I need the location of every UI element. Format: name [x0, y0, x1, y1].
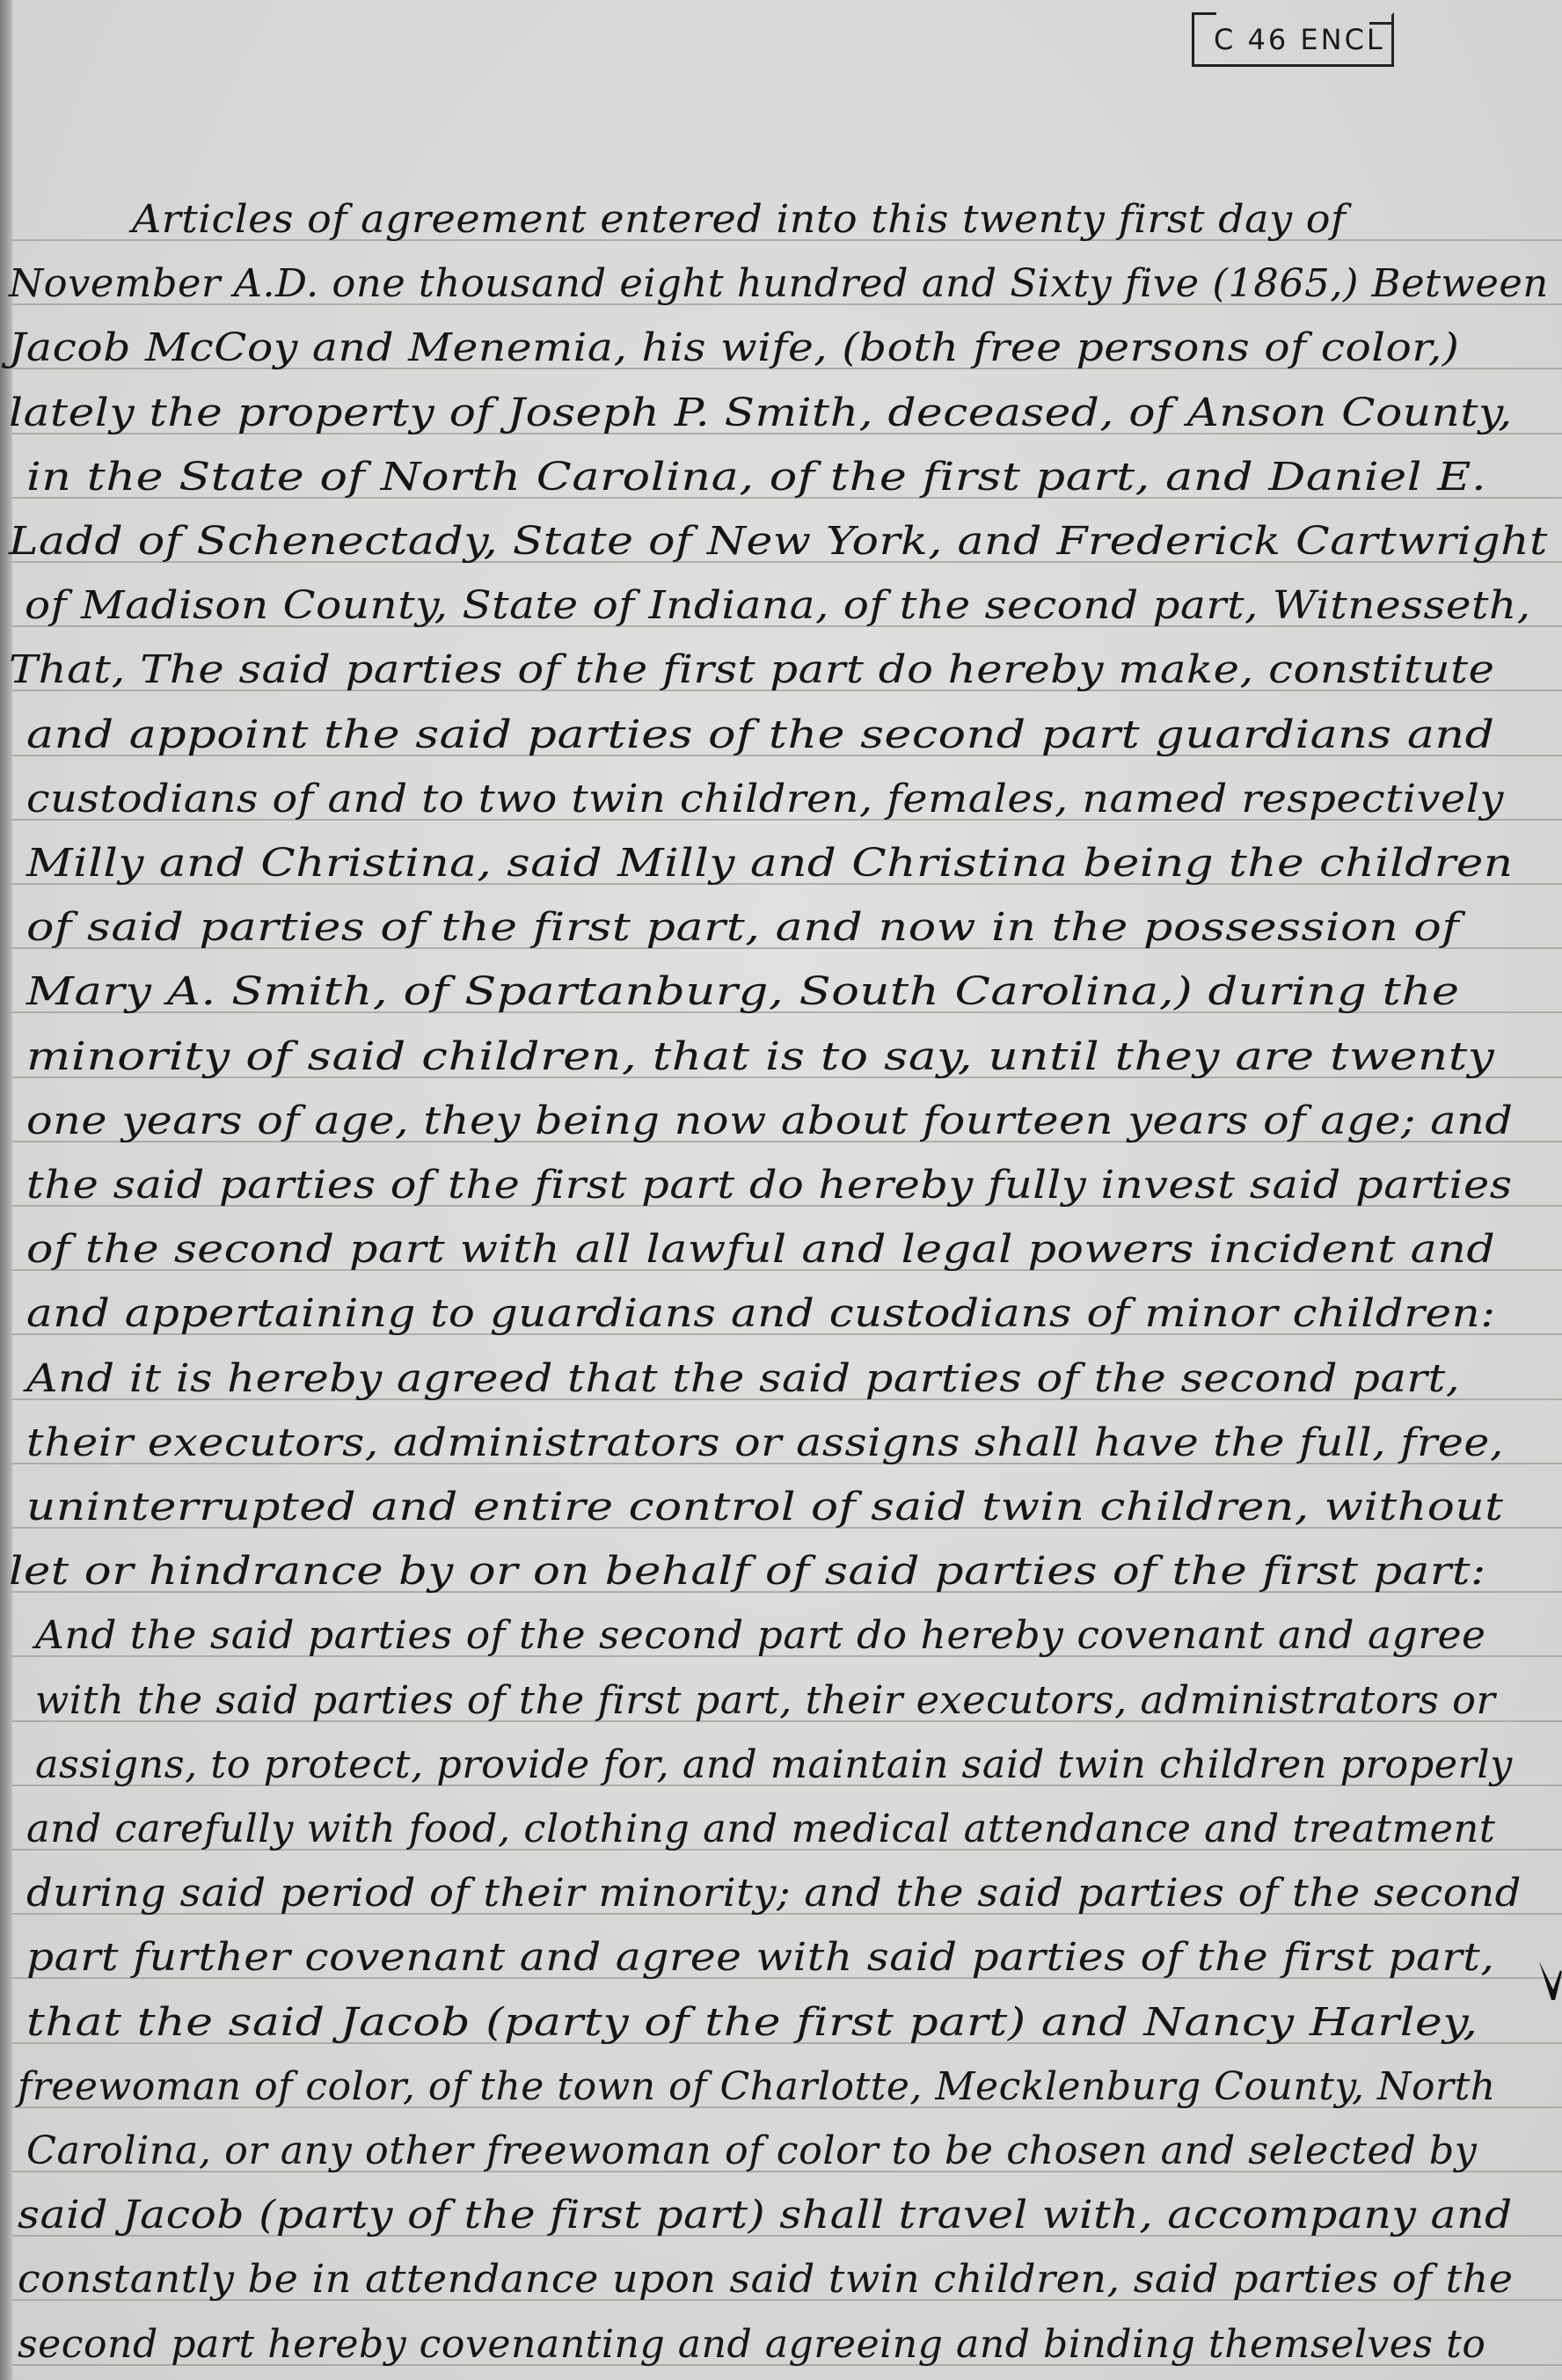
manuscript-line: and appertaining to guardians and custod…	[0, 1288, 1562, 1340]
check-mark-icon	[1537, 1954, 1562, 2007]
manuscript-line-text: Articles of agreement entered into this …	[132, 193, 1347, 246]
manuscript-line-text: assigns, to protect, provide for, and ma…	[35, 1739, 1513, 1792]
manuscript-line: custodians of and to two twin children, …	[0, 773, 1562, 826]
manuscript-line-text: part further covenant and agree with sai…	[26, 1931, 1494, 1984]
manuscript-line: Ladd of Schenectady, State of New York, …	[0, 515, 1562, 568]
manuscript-line-text: one years of age, they being now about f…	[26, 1095, 1513, 1148]
manuscript-page: C 46 ENCL Articles of agreement entered …	[0, 0, 1562, 2380]
manuscript-line-text: And the said parties of the second part …	[35, 1610, 1485, 1662]
manuscript-line-text: And it is hereby agreed that the said pa…	[26, 1353, 1460, 1405]
manuscript-line: of said parties of the first part, and n…	[0, 902, 1562, 954]
manuscript-line-text: with the said parties of the first part,…	[35, 1675, 1495, 1727]
archive-reference-tag: C 46 ENCL	[1192, 12, 1394, 67]
manuscript-line-text: and appertaining to guardians and custod…	[26, 1288, 1496, 1340]
manuscript-line: during said period of their minority; an…	[0, 1867, 1562, 1920]
manuscript-line-text: and carefully with food, clothing and me…	[26, 1803, 1495, 1856]
manuscript-line: that the said Jacob (party of the first …	[0, 1997, 1562, 2049]
manuscript-line: part further covenant and agree with sai…	[0, 1931, 1562, 1984]
manuscript-line: of Madison County, State of Indiana, of …	[0, 580, 1562, 632]
manuscript-line: Jacob McCoy and Menemia, his wife, (both…	[0, 322, 1562, 375]
manuscript-line-text: constantly be in attendance upon said tw…	[18, 2253, 1514, 2306]
archive-tag-text: C 46 ENCL	[1214, 23, 1385, 56]
manuscript-line: one years of age, they being now about f…	[0, 1095, 1562, 1148]
manuscript-line: of the second part with all lawful and l…	[0, 1223, 1562, 1276]
manuscript-line: Carolina, or any other freewoman of colo…	[0, 2125, 1562, 2178]
manuscript-line: Mary A. Smith, of Spartanburg, South Car…	[0, 966, 1562, 1018]
manuscript-line-text: during said period of their minority; an…	[26, 1867, 1522, 1920]
manuscript-line-text: let or hindrance by or on behalf of said…	[9, 1545, 1486, 1598]
manuscript-line: constantly be in attendance upon said tw…	[0, 2253, 1562, 2306]
manuscript-line: second part hereby covenanting and agree…	[0, 2318, 1562, 2371]
manuscript-line: assigns, to protect, provide for, and ma…	[0, 1739, 1562, 1792]
manuscript-line: let or hindrance by or on behalf of said…	[0, 1545, 1562, 1598]
manuscript-line: lately the property of Joseph P. Smith, …	[0, 387, 1562, 440]
manuscript-line-text: November A.D. one thousand eight hundred…	[9, 258, 1549, 310]
manuscript-line-text: of said parties of the first part, and n…	[26, 902, 1459, 954]
manuscript-line-text: freewoman of color, of the town of Charl…	[18, 2061, 1496, 2114]
manuscript-line-text: Milly and Christina, said Milly and Chri…	[26, 837, 1514, 890]
manuscript-line-text: the said parties of the first part do he…	[26, 1159, 1513, 1212]
manuscript-line-text: said Jacob (party of the first part) sha…	[18, 2189, 1513, 2242]
manuscript-line: with the said parties of the first part,…	[0, 1675, 1562, 1727]
manuscript-line: in the State of North Carolina, of the f…	[0, 451, 1562, 504]
manuscript-line: said Jacob (party of the first part) sha…	[0, 2189, 1562, 2242]
manuscript-line-text: and appoint the said parties of the seco…	[26, 709, 1495, 762]
manuscript-line: uninterrupted and entire control of said…	[0, 1481, 1562, 1534]
manuscript-line-text: uninterrupted and entire control of said…	[26, 1481, 1504, 1534]
manuscript-line-text: That, The said parties of the first part…	[9, 644, 1494, 697]
manuscript-line: their executors, administrators or assig…	[0, 1417, 1562, 1470]
manuscript-line: and appoint the said parties of the seco…	[0, 709, 1562, 762]
manuscript-line-text: that the said Jacob (party of the first …	[26, 1997, 1478, 2049]
manuscript-line: Milly and Christina, said Milly and Chri…	[0, 837, 1562, 890]
manuscript-line: freewoman of color, of the town of Charl…	[0, 2061, 1562, 2114]
manuscript-line-text: Jacob McCoy and Menemia, his wife, (both…	[9, 322, 1459, 375]
manuscript-line-text: their executors, administrators or assig…	[26, 1417, 1504, 1470]
manuscript-line-text: Carolina, or any other freewoman of colo…	[26, 2125, 1477, 2178]
manuscript-line-text: minority of said children, that is to sa…	[26, 1031, 1494, 1084]
manuscript-line: the said parties of the first part do he…	[0, 1159, 1562, 1212]
manuscript-line: And it is hereby agreed that the said pa…	[0, 1353, 1562, 1405]
manuscript-line: Articles of agreement entered into this …	[0, 193, 1562, 246]
manuscript-line-text: Ladd of Schenectady, State of New York, …	[9, 515, 1548, 568]
manuscript-line-text: in the State of North Carolina, of the f…	[26, 451, 1486, 504]
manuscript-line: and carefully with food, clothing and me…	[0, 1803, 1562, 1856]
manuscript-line-text: second part hereby covenanting and agree…	[18, 2318, 1485, 2371]
manuscript-line: And the said parties of the second part …	[0, 1610, 1562, 1662]
manuscript-line: That, The said parties of the first part…	[0, 644, 1562, 697]
manuscript-line: November A.D. one thousand eight hundred…	[0, 258, 1562, 310]
manuscript-line: minority of said children, that is to sa…	[0, 1031, 1562, 1084]
manuscript-line-text: of Madison County, State of Indiana, of …	[25, 580, 1531, 632]
manuscript-line-text: of the second part with all lawful and l…	[26, 1223, 1495, 1276]
manuscript-line-text: custodians of and to two twin children, …	[26, 773, 1504, 826]
manuscript-line-text: Mary A. Smith, of Spartanburg, South Car…	[26, 966, 1460, 1018]
manuscript-line-text: lately the property of Joseph P. Smith, …	[9, 387, 1513, 440]
